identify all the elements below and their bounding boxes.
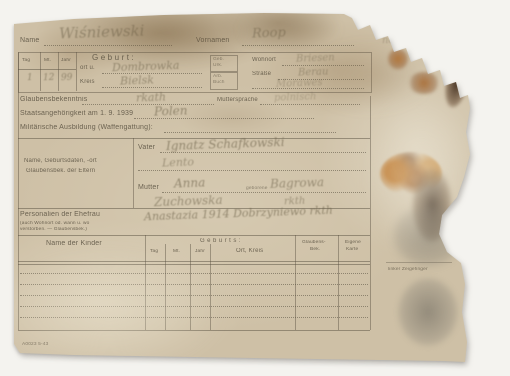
parents-caption-line1: Name, Geburtsdaten, -ort — [24, 158, 97, 164]
geburtsort-label: ort u. — [80, 65, 95, 71]
torn-edge-scribble: nd — [382, 36, 395, 46]
torn-record-card: Name Wiśniewski Vornamen Roop nd Tag Mt.… — [14, 12, 470, 364]
fingerprint-smudge — [398, 278, 458, 346]
name-handwriting: Wiśniewski — [59, 24, 145, 42]
ehefrau-sub-line1: (auch Wohnort od. wann u. wo — [20, 221, 90, 226]
burn-hole — [412, 168, 452, 242]
muttersprache-label: Muttersprache — [217, 97, 258, 103]
militaer-line — [164, 132, 336, 133]
parents-divider — [133, 138, 134, 208]
wohnort-handwriting: Briesen — [296, 53, 335, 64]
birth-jahr-label: Jahr — [61, 58, 71, 63]
kreis-line — [102, 87, 202, 88]
mutter-label: Mutter — [138, 184, 159, 191]
birth-col-divider — [40, 52, 41, 91]
table-divider — [338, 235, 339, 330]
card-shadow: Name Wiśniewski Vornamen Roop nd Tag Mt.… — [14, 12, 470, 364]
vornamen-handwriting: Roop — [252, 26, 286, 40]
kinder-col-header: Name der Kinder — [46, 240, 102, 247]
militaer-label: Militärische Ausbildung (Waffengattung): — [20, 124, 153, 131]
geburtsort-handwriting: Dombrowka — [112, 60, 180, 73]
parents-caption-line2: Glaubensbek. der Eltern — [26, 168, 95, 174]
muttersprache-line — [260, 104, 360, 105]
kinder-glauben-header-2: Bek. — [310, 247, 320, 252]
table-double-rule-2 — [18, 264, 370, 265]
vornamen-line — [242, 45, 354, 46]
fingerprint-rule — [386, 262, 452, 263]
name-label: Name — [20, 37, 39, 44]
table-divider — [295, 235, 296, 330]
muttersprache-handwriting: polnisch — [274, 92, 317, 103]
glaubensbekenntnis-label: Glaubensbekenntnis — [20, 96, 87, 103]
vater-handwriting: Ignatz Schafkowski — [166, 136, 285, 152]
docbox1-label-line2: Urk. — [213, 63, 222, 68]
form-right-border — [370, 96, 371, 330]
burn-curl — [441, 56, 473, 109]
geborene-label: geborene — [246, 186, 268, 191]
name-line — [44, 45, 172, 46]
vater-line2 — [138, 170, 366, 171]
residence-line3-handwriting: Morawes — [276, 78, 323, 90]
kinder-monat-header: Mt. — [173, 249, 180, 254]
rust-stain-band — [380, 152, 442, 196]
wife-bottom-rule — [18, 235, 370, 236]
birth-tag-label: Tag — [22, 58, 30, 63]
table-empty-row — [20, 284, 368, 285]
wohnort-label: Wohnort — [252, 57, 276, 63]
mutter-line2-handwriting: Zuchowska — [154, 194, 223, 208]
strasse-label: Straße — [252, 71, 271, 77]
table-double-rule-1 — [18, 261, 370, 262]
kreis-label: Kreis — [80, 79, 95, 85]
birth-monat-value: 12 — [43, 74, 55, 83]
kinder-tag-header: Tag — [150, 249, 158, 254]
kreis-handwriting: Bielsk — [120, 74, 154, 86]
staat-handwriting: Polen — [154, 104, 188, 117]
docbox2-label-line1: Arb. — [213, 74, 222, 79]
vater-line2-handwriting: Lento — [162, 156, 194, 168]
scan-backdrop: { "document": { "header": { "name_label"… — [0, 0, 510, 376]
rust-stain — [388, 48, 408, 70]
kinder-glauben-header-1: Glaubens- — [302, 240, 326, 245]
mutter-maidenname-handwriting: Bagrowa — [270, 176, 324, 190]
fingerprint-label: linker Zeigefinger — [388, 267, 428, 272]
birth-col-divider — [58, 52, 59, 91]
birth-col-midline — [18, 69, 76, 70]
docbox1-label-line1: Geb. — [213, 57, 224, 62]
vornamen-label: Vornamen — [196, 37, 230, 44]
vater-label: Vater — [138, 144, 155, 151]
docbox2-label-line2: Buch — [213, 80, 225, 85]
form-left-border — [18, 52, 19, 330]
mutter-handwriting: Anna — [174, 176, 206, 189]
glauben-handwriting: rkath — [136, 91, 166, 103]
kinder-jahr-header: Jahr — [195, 249, 205, 254]
ehefrau-label: Personalien der Ehefrau — [20, 211, 100, 218]
birth-tag-value: 1 — [27, 74, 33, 83]
table-empty-row — [20, 295, 368, 296]
birth-monat-label: Mt. — [44, 58, 51, 63]
thumb-smudge — [393, 205, 463, 267]
kinder-eigene-header-1: Eigene — [345, 240, 361, 245]
ehefrau-sub-line2: verstorben. — Glaubensbek.) — [20, 227, 87, 232]
rust-stain — [408, 72, 440, 94]
staatsangehoerigkeit-label: Staatsangehörigkeit am 1. 9. 1939 — [20, 110, 133, 117]
geburts-group-header: Geburts: — [200, 238, 243, 244]
table-divider — [145, 235, 146, 330]
table-empty-row — [20, 273, 368, 274]
table-empty-row — [20, 306, 368, 307]
kinder-ortkreis-header: Ort, Kreis — [236, 248, 263, 254]
form-code: A0023 5-43 — [22, 342, 48, 347]
birth-col-divider — [76, 52, 77, 91]
pale-patch — [370, 100, 474, 250]
table-empty-row — [20, 317, 368, 318]
table-bottom-rule — [18, 330, 370, 331]
birth-jahr-value: 99 — [61, 74, 73, 83]
glauben-line — [82, 104, 214, 105]
kinder-eigene-header-2: Karte — [346, 247, 358, 252]
